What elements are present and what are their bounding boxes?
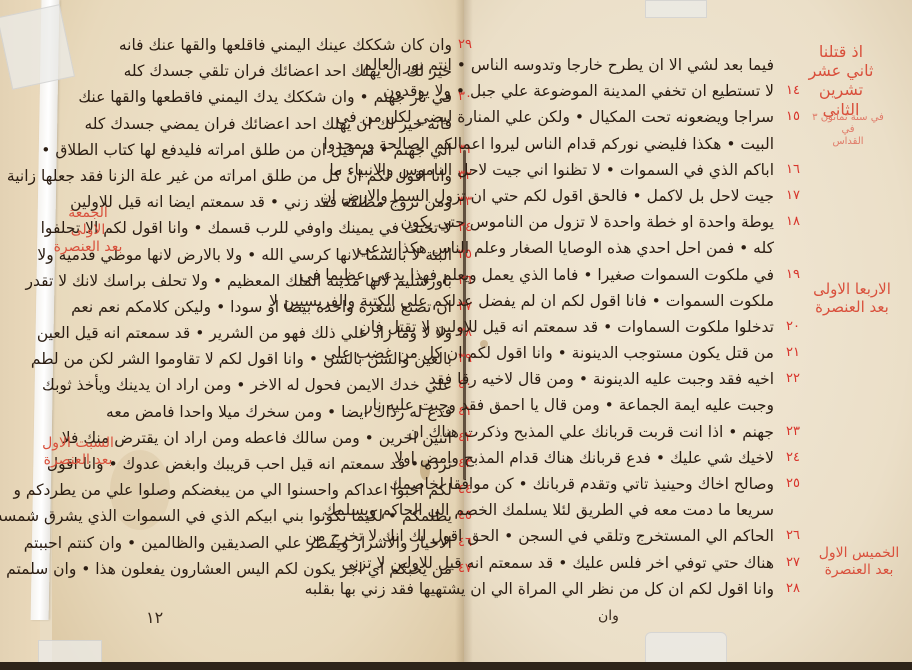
- verse-number: ١٦: [786, 157, 800, 183]
- text-line: ٢٠تدخلوا ملكوت السماوات • قد سمعتم انه ق…: [496, 314, 796, 340]
- catchword: وان: [598, 608, 619, 624]
- text-line: ١٦اباكم الذي في السموات • لا تظنوا اني ج…: [496, 157, 796, 183]
- folio-number: ١٢: [146, 608, 163, 627]
- verse-number: ٢٣: [786, 419, 800, 445]
- verse-number: ١٤: [786, 78, 800, 104]
- text-line: سريعا ما دمت معه في الطريق لئلا يسلمك ال…: [496, 497, 796, 523]
- repair-tape-patch-top-right: [645, 0, 707, 18]
- text-line: وجبت عليه ايمة الجماعة • ومن قال يا احمق…: [496, 392, 796, 418]
- verse-number: ١٥: [786, 104, 800, 130]
- margin-note-rubric: الجمعة الاولى بعد العنصرة: [52, 205, 124, 255]
- text-line: ٢٤لاخيك شي عليك • فدع قربانك هناك قدام ا…: [496, 445, 796, 471]
- text-line: كله • فمن احل احدي هذه الوصايا الصغار وع…: [496, 235, 796, 261]
- text-line: ١٧جيت لاحل بل لاكمل • فالحق اقول لكم حتي…: [496, 183, 796, 209]
- margin-note-rubric: الاربعا الاولى بعد العنصرة: [806, 280, 898, 316]
- verse-number: ٢٠: [786, 314, 800, 340]
- text-line: ١٨يوطة واحدة او خطة واحدة لا تزول من الن…: [496, 209, 796, 235]
- text-line: ٢٥وصالح اخاك وحينيذ تاتي وتقدم قربانك • …: [496, 471, 796, 497]
- margin-note-rubric: الخميس الاول بعد العنصرة: [818, 545, 900, 579]
- text-line: ١٤لا تستطيع ان تخفي المدينة الموضوعة علي…: [496, 78, 796, 104]
- scan-background-edge: [0, 662, 912, 670]
- verse-number: ٢٥: [786, 471, 800, 497]
- text-line: ٢٨وانا اقول لكم ان كل من نظر الي المراة …: [496, 576, 796, 602]
- text-line: فيما بعد لشي الا ان يطرح خارجا وتدوسه ال…: [496, 52, 796, 78]
- text-line: ١٩في ملكوت السموات صغيرا • فاما الذي يعم…: [496, 262, 796, 288]
- text-line: ٢٢اخيه فقد وجبت عليه الدينونة • ومن قال …: [496, 366, 796, 392]
- text-line: ٢٣جهنم • اذا انت قربت قربانك علي المذبح …: [496, 419, 796, 445]
- text-line: ١٥سراجا ويضعونه تحت المكيال • ولكن علي ا…: [496, 104, 796, 130]
- text-line: ٢١من قتل يكون مستوجب الدينونة • وانا اقو…: [496, 340, 796, 366]
- verse-number: ٢١: [786, 340, 800, 366]
- text-line: ٢٧هناك حتي توفي اخر فلس عليك • قد سمعتم …: [496, 550, 796, 576]
- verse-number: ٢٢: [786, 366, 800, 392]
- verse-number: ١٩: [786, 262, 800, 288]
- margin-note-small: في سنة تمانون ٣ في القداس: [808, 112, 888, 148]
- verse-number: ٢٦: [786, 523, 800, 549]
- text-line: ملكوت السموات • فانا اقول لكم ان لم يفضل…: [496, 288, 796, 314]
- margin-note-date: اذ قتلنا ثاني عشر تشرين الثاني: [800, 42, 882, 119]
- verse-number: ١٧: [786, 183, 800, 209]
- verse-number: ٢٧: [786, 550, 800, 576]
- text-line: البيت • هكذا فليضي نوركم قدام الناس ليرو…: [496, 131, 796, 157]
- verse-number: ٢٤: [786, 445, 800, 471]
- text-line: ٢٦الحاكم الي المستخرج وتلقي في السجن • ا…: [496, 523, 796, 549]
- margin-note-rubric: السبت الاول بعد العنصرة: [42, 435, 114, 469]
- verse-number: ١٨: [786, 209, 800, 235]
- verse-number: ٢٨: [786, 576, 800, 602]
- manuscript-spread: ٢٩وان كان شككك عينك اليمني فاقلعها والقه…: [0, 0, 912, 670]
- right-page-text: فيما بعد لشي الا ان يطرح خارجا وتدوسه ال…: [496, 52, 796, 602]
